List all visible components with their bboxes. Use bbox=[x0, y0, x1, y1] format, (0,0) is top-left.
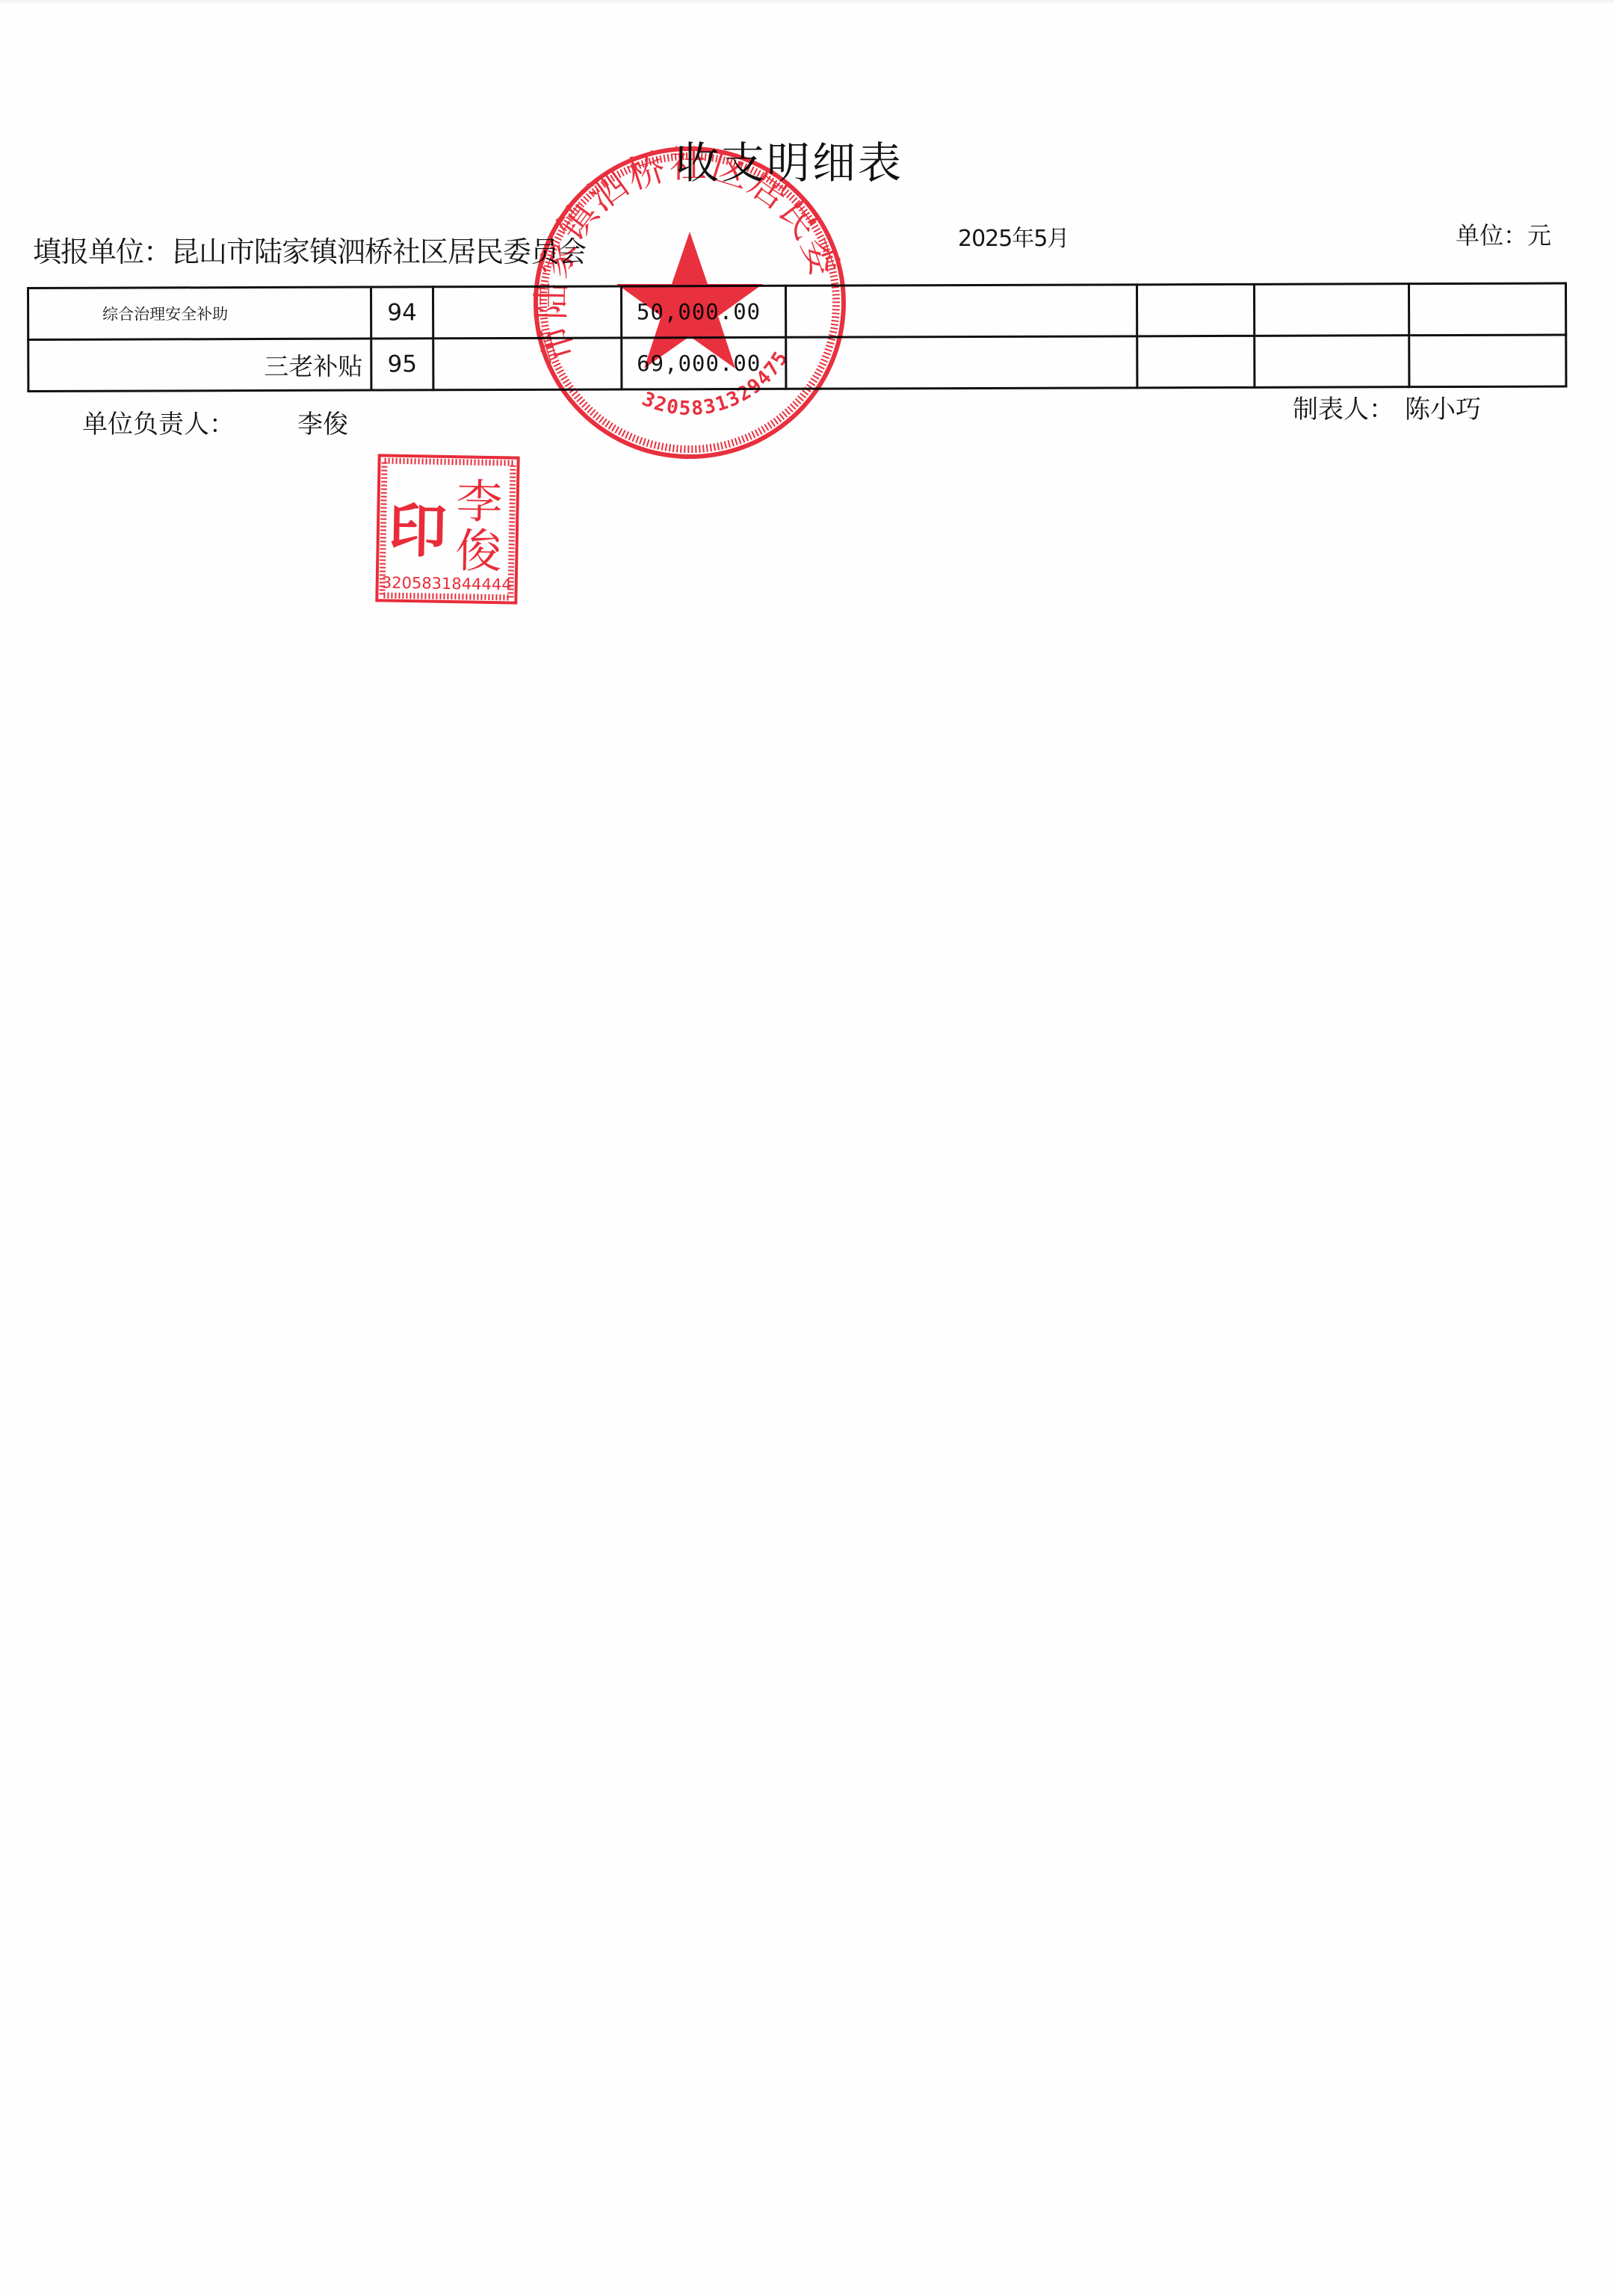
reporting-unit: 填报单位：昆山市陆家镇泗桥社区居民委员会 bbox=[33, 235, 586, 269]
row-number: 94 bbox=[371, 287, 433, 339]
ledger-table: 综合治理安全补助 94 50,000.00 三老补贴 95 69,000.00 bbox=[27, 283, 1567, 392]
personal-seal-icon: 印 李 俊 3205831844444 bbox=[374, 453, 520, 605]
preparer-label: 制表人： bbox=[1293, 395, 1394, 425]
personal-seal-char: 李 bbox=[456, 474, 503, 529]
empty-cell bbox=[433, 286, 622, 339]
empty-cell bbox=[1255, 336, 1409, 388]
empty-cell bbox=[1137, 336, 1255, 387]
document-title: 收支明细表 bbox=[675, 139, 903, 187]
personal-seal-char: 俊 bbox=[455, 523, 502, 578]
responsible-person-name: 李俊 bbox=[297, 410, 348, 439]
empty-cell bbox=[433, 338, 622, 390]
item-name: 三老补贴 bbox=[28, 339, 371, 391]
personal-seal-code: 3205831844444 bbox=[382, 573, 512, 593]
empty-cell bbox=[786, 336, 1137, 389]
amount-cell: 69,000.00 bbox=[622, 337, 786, 389]
responsible-person-label: 单位负责人： bbox=[82, 410, 235, 439]
scan-edge bbox=[0, 0, 1614, 4]
empty-cell bbox=[1409, 283, 1565, 336]
row-number: 95 bbox=[371, 339, 433, 390]
item-name: 综合治理安全补助 bbox=[28, 287, 371, 339]
table-row: 三老补贴 95 69,000.00 bbox=[28, 335, 1566, 391]
empty-cell bbox=[1254, 284, 1409, 336]
empty-cell bbox=[1137, 284, 1254, 336]
table-row: 综合治理安全补助 94 50,000.00 bbox=[28, 283, 1566, 339]
empty-cell bbox=[1409, 335, 1566, 387]
report-period: 2025年5月 bbox=[958, 226, 1069, 253]
empty-cell bbox=[785, 285, 1137, 337]
personal-seal-suffix: 印 bbox=[388, 497, 448, 566]
document-page: 收支明细表 填报单位：昆山市陆家镇泗桥社区居民委员会 2025年5月 单位：元 … bbox=[0, 0, 1614, 2296]
currency-unit: 单位：元 bbox=[1456, 221, 1551, 250]
reporting-unit-label: 填报单位： bbox=[33, 235, 171, 268]
preparer: 制表人：陈小巧 bbox=[1293, 395, 1481, 425]
amount-cell: 50,000.00 bbox=[622, 286, 786, 338]
reporting-unit-value: 昆山市陆家镇泗桥社区居民委员会 bbox=[171, 235, 586, 268]
preparer-name: 陈小巧 bbox=[1405, 395, 1481, 425]
